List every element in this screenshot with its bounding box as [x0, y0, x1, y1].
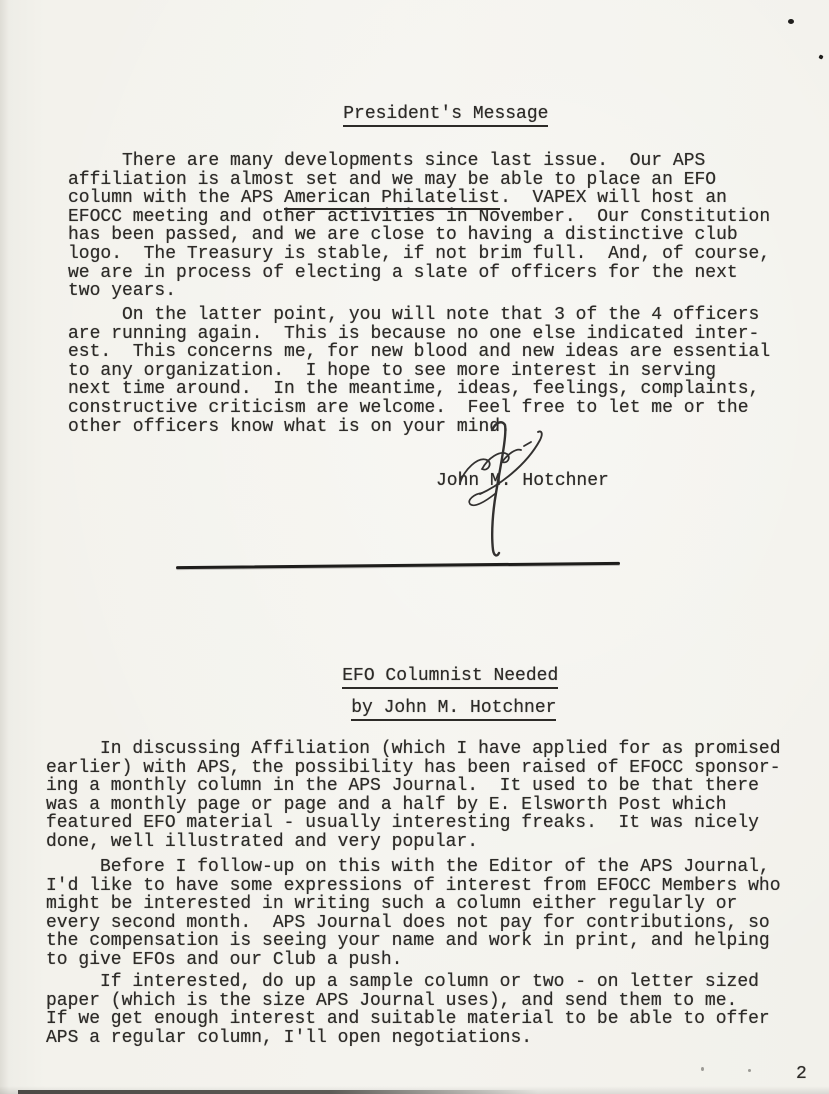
byline-text: by John M. Hotchner	[351, 698, 556, 721]
paragraph: If interested, do up a sample column or …	[46, 973, 770, 1047]
paragraph: In discussing Affiliation (which I have …	[46, 740, 781, 852]
scan-speck	[818, 54, 823, 59]
scanned-document-page: President's Message There are many devel…	[0, 0, 829, 1094]
paragraph: Before I follow-up on this with the Edit…	[46, 858, 781, 970]
section-title-presidents-message: President's Message	[300, 86, 548, 142]
section-title-text: President's Message	[343, 104, 548, 127]
section-byline: by John M. Hotchner	[308, 680, 556, 736]
scan-speck	[701, 1067, 704, 1071]
paragraph: There are many developments since last i…	[68, 152, 770, 301]
scan-speck	[748, 1069, 751, 1072]
signature-typed-name: John M. Hotchner	[436, 472, 609, 491]
scan-speck	[788, 19, 794, 24]
page-number: 2	[796, 1064, 807, 1084]
scan-bottom-edge-line	[18, 1090, 538, 1094]
section-divider-line	[176, 562, 620, 569]
paragraph: On the latter point, you will note that …	[68, 306, 770, 436]
